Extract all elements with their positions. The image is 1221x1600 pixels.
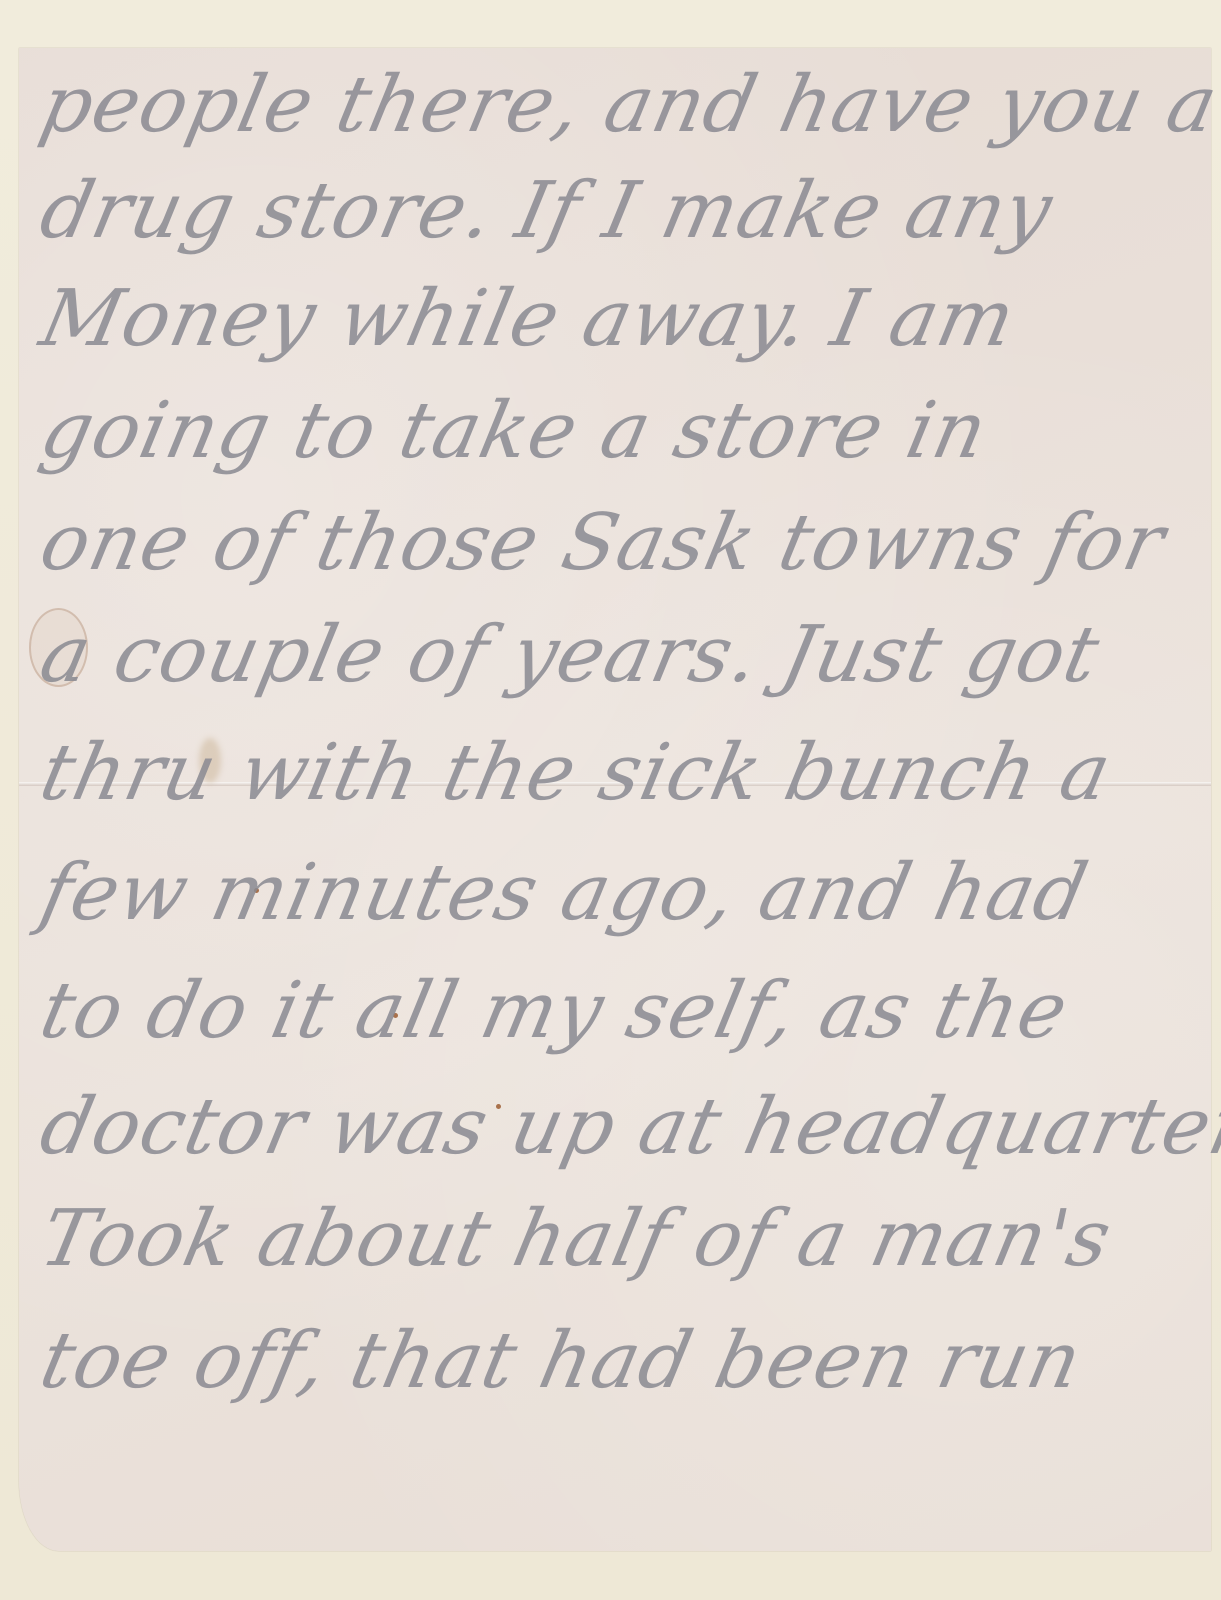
text-line: toe off, that had been run — [33, 1316, 1090, 1406]
text-line: going to take a store in — [33, 386, 995, 476]
text-line: people there, and have you a — [33, 60, 1221, 150]
text-line: doctor was up at headquarters. — [33, 1082, 1221, 1172]
text-line: one of those Sask towns for — [33, 498, 1173, 588]
text-line: drug store. If I make any — [33, 166, 1060, 256]
text-line: few minutes ago, and had — [33, 848, 1096, 938]
text-line: a couple of years. Just got — [33, 610, 1107, 700]
text-line: Took about half of a man's — [33, 1194, 1119, 1284]
scanned-page: people there, and have you a drug store.… — [0, 0, 1221, 1600]
text-line: to do it all my self, as the — [33, 966, 1076, 1056]
text-line: thru with the sick bunch a — [33, 728, 1119, 818]
text-line: Money while away. I am — [33, 274, 1023, 364]
